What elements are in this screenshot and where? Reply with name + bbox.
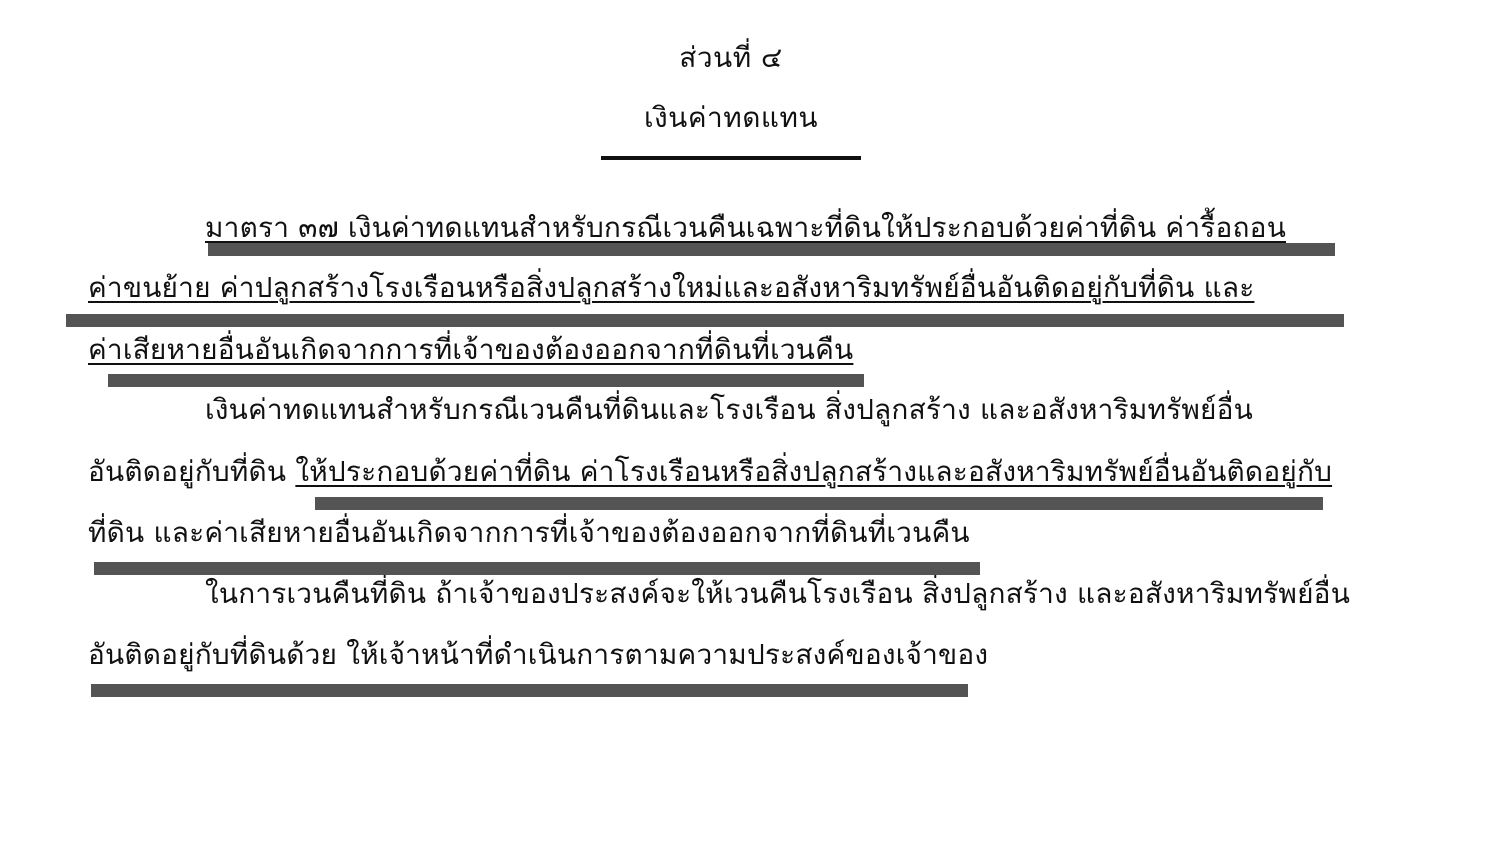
highlight-bar-5: [94, 562, 980, 575]
paragraph-2-line-1: เงินค่าทดแทนสำหรับกรณีเวนคืนที่ดินและโรง…: [205, 390, 1253, 430]
highlight-bar-1: [208, 243, 1335, 256]
paragraph-3-line-1: ในการเวนคืนที่ดิน ถ้าเจ้าของประสงค์จะให้…: [205, 574, 1350, 614]
paragraph-2-line-2-underlined: ให้ประกอบด้วยค่าที่ดิน ค่าโรงเรือนหรือสิ…: [295, 455, 1332, 488]
document-page: ส่วนที่ ๔ เงินค่าทดแทน มาตรา ๓๗ เงินค่าท…: [0, 0, 1502, 854]
paragraph-3-line-2: อันติดอยู่กับที่ดินด้วย ให้เจ้าหน้าที่ดำ…: [88, 635, 988, 675]
highlight-bar-2: [66, 314, 1344, 327]
paragraph-2-line-2-plain: อันติดอยู่กับที่ดิน: [88, 455, 295, 488]
section-37-line-2: ค่าขนย้าย ค่าปลูกสร้างโรงเรือนหรือสิ่งปล…: [88, 268, 1254, 308]
highlight-bar-4: [315, 497, 1323, 510]
part-heading: ส่วนที่ ๔: [0, 36, 1462, 80]
title-underline-rule: [601, 156, 861, 160]
section-37-line-3: ค่าเสียหายอื่นอันเกิดจากการที่เจ้าของต้อ…: [88, 330, 853, 370]
paragraph-2-line-3: ที่ดิน และค่าเสียหายอื่นอันเกิดจากการที่…: [88, 513, 970, 553]
part-title: เงินค่าทดแทน: [0, 96, 1462, 140]
highlight-bar-3: [108, 374, 864, 387]
highlight-bar-6: [91, 684, 968, 697]
section-37-line-1: มาตรา ๓๗ เงินค่าทดแทนสำหรับกรณีเวนคืนเฉพ…: [205, 208, 1286, 248]
paragraph-2-line-2: อันติดอยู่กับที่ดิน ให้ประกอบด้วยค่าที่ด…: [88, 452, 1332, 492]
